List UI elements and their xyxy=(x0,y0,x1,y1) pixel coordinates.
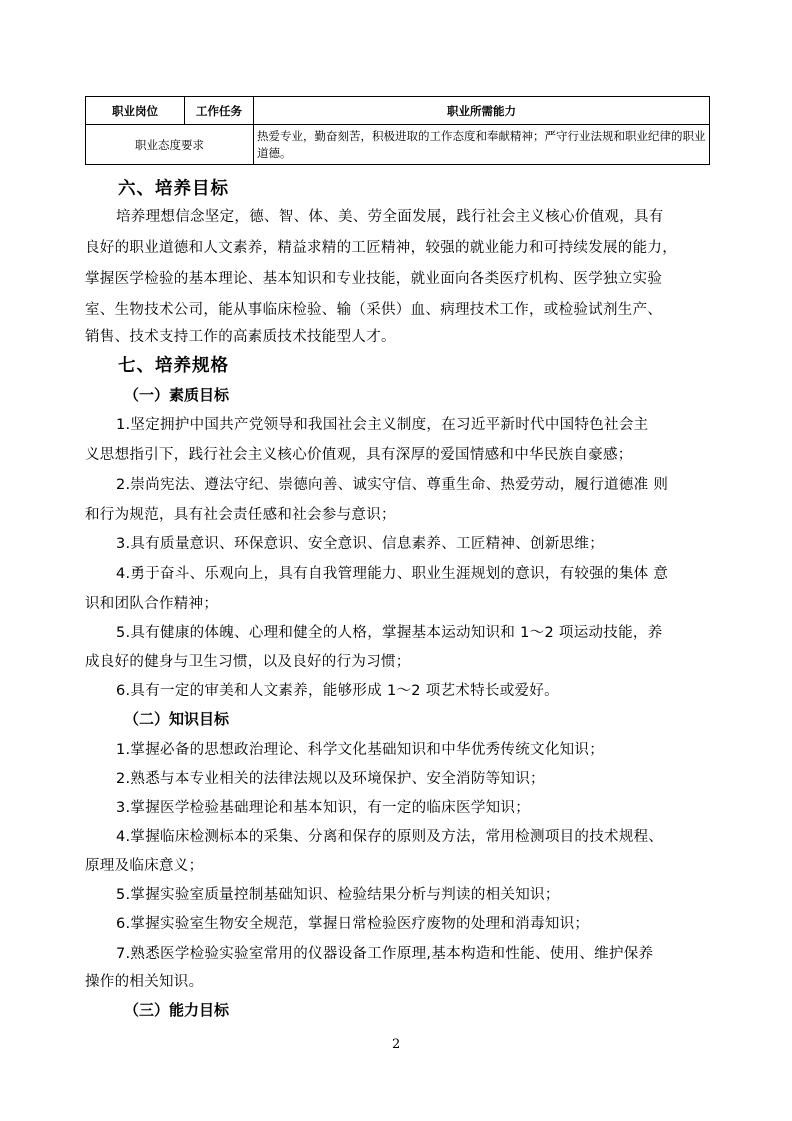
row-content: 热爱专业，勤奋刻苦，积极进取的工作态度和奉献精神；严守行业法规和职业纪律的职业道… xyxy=(254,125,710,165)
quality-line-2: 义思想指引下，践行社会主义核心价值观，具有深厚的爱国情感和中华民族自豪感； xyxy=(85,443,633,464)
header-task: 工作任务 xyxy=(185,97,254,125)
header-position: 职业岗位 xyxy=(86,97,185,125)
ability-goals-title: （三）能力目标 xyxy=(124,999,229,1020)
section-6-line-1: 培养理想信念坚定，德、智、体、美、劳全面发展，践行社会主义核心价值观，具有 xyxy=(116,205,664,226)
quality-line-8: 5.具有健康的体魄、心理和健全的人格，掌握基本运动知识和 1～2 项运动技能，养 xyxy=(116,621,663,642)
row-label: 职业态度要求 xyxy=(86,125,254,165)
quality-line-5: 3.具有质量意识、环保意识、安全意识、信息素养、工匠精神、创新思维； xyxy=(116,532,604,553)
document-page: 职业岗位 工作任务 职业所需能力 职业态度要求 热爱专业，勤奋刻苦，积极进取的工… xyxy=(0,0,792,1121)
section-7-title: 七、培养规格 xyxy=(118,352,229,377)
career-ability-table: 职业岗位 工作任务 职业所需能力 职业态度要求 热爱专业，勤奋刻苦，积极进取的工… xyxy=(85,96,710,165)
quality-goals-title: （一）素质目标 xyxy=(124,384,229,405)
section-6-line-3: 掌握医学检验的基本理论、基本知识和专业技能，就业面向各类医疗机构、医学独立实验 xyxy=(85,267,662,288)
page-number: 2 xyxy=(392,1037,400,1052)
knowledge-line-7: 6.掌握实验室生物安全规范，掌握日常检验医疗废物的处理和消毒知识； xyxy=(116,912,589,933)
knowledge-line-9: 操作的相关知识。 xyxy=(85,970,203,991)
knowledge-line-5: 原理及临床意义； xyxy=(85,854,203,875)
section-6-line-5: 销售、技术支持工作的高素质技术技能型人才。 xyxy=(85,325,396,346)
section-6-title: 六、培养目标 xyxy=(118,175,229,200)
knowledge-line-4: 4.掌握临床检测标本的采集、分离和保存的原则及方法，常用检测项目的技术规程、 xyxy=(116,825,663,846)
section-6-line-4: 室、生物技术公司，能从事临床检验、输（采供）血、病理技术工作，或检验试剂生产、 xyxy=(85,298,662,319)
knowledge-line-1: 1.掌握必备的思想政治理论、科学文化基础知识和中华优秀传统文化知识； xyxy=(116,738,604,759)
knowledge-line-3: 3.掌握医学检验基础理论和基本知识，有一定的临床医学知识； xyxy=(116,796,530,817)
knowledge-line-8: 7.熟悉医学检验实验室常用的仪器设备工作原理,基本构造和性能、使用、维护保养 xyxy=(116,942,653,963)
quality-line-7: 识和团队合作精神； xyxy=(85,592,218,613)
quality-line-4: 和行为规范，具有社会责任感和社会参与意识； xyxy=(85,503,396,524)
table-header-row: 职业岗位 工作任务 职业所需能力 xyxy=(86,97,710,125)
quality-line-6: 4.勇于奋斗、乐观向上，具有自我管理能力、职业生涯规划的意识，有较强的集体 意 xyxy=(116,562,668,583)
header-ability: 职业所需能力 xyxy=(254,97,710,125)
knowledge-goals-title: （二）知识目标 xyxy=(124,708,229,729)
quality-line-1: 1.坚定拥护中国共产党领导和我国社会主义制度，在习近平新时代中国特色社会主 xyxy=(116,413,648,434)
knowledge-line-2: 2.熟悉与本专业相关的法律法规以及环境保护、安全消防等知识； xyxy=(116,767,545,788)
quality-line-10: 6.具有一定的审美和人文素养，能够形成 1～2 项艺术特长或爱好。 xyxy=(116,679,559,700)
table-row: 职业态度要求 热爱专业，勤奋刻苦，积极进取的工作态度和奉献精神；严守行业法规和职… xyxy=(86,125,710,165)
quality-line-9: 成良好的健身与卫生习惯，以及良好的行为习惯； xyxy=(85,650,411,671)
knowledge-line-6: 5.掌握实验室质量控制基础知识、检验结果分析与判读的相关知识； xyxy=(116,883,560,904)
section-6-line-2: 良好的职业道德和人文素养，精益求精的工匠精神，较强的就业能力和可持续发展的能力， xyxy=(85,236,677,257)
quality-line-3: 2.崇尚宪法、遵法守纪、崇德向善、诚实守信、尊重生命、热爱劳动，履行道德准 则 xyxy=(116,473,668,494)
